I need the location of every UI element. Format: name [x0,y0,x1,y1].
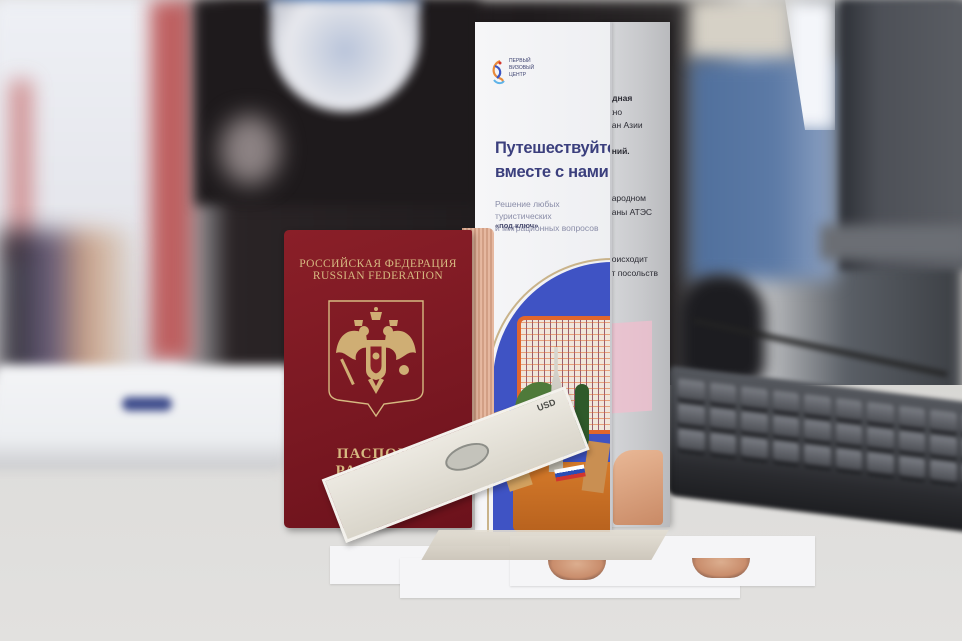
keyboard-key [899,406,926,429]
keyboard-key [899,456,926,479]
keyboard-key [836,448,863,471]
blurred-pen [122,397,172,411]
keyboard-key [741,436,768,459]
keyboard-key [678,404,705,427]
brand-name-line: визовый [509,65,549,72]
headline-line: Путешествуйте [495,136,612,160]
brochure-headline: Путешествуйтевместе с нами [495,136,612,184]
blurred-red-binder [150,0,192,360]
brand-name-line: Первый [509,58,549,65]
passport-country-ru: РОССИЙСКАЯ ФЕДЕРАЦИЯ [284,258,472,270]
back-panel-line: ран Азии [607,119,669,133]
banknote-denomination: USD [536,397,557,413]
photo-scene: однаяжноран Азииений.народномраны АТЭСро… [0,0,962,641]
back-panel-line: одная [607,92,669,106]
keyboard-key [710,407,737,430]
back-panel-line: роисходит [607,253,669,267]
keyboard-key [710,432,737,455]
back-panel-line [607,133,669,145]
blurred-object [220,115,280,185]
back-panel-line: народном [607,192,669,206]
banknote-portrait-oval [441,437,493,476]
keyboard-key [710,382,737,405]
keyboard-key [930,460,957,483]
back-panel-line [607,158,669,192]
blurred-monitor-base [820,225,962,260]
keyboard-key [836,423,863,446]
back-panel-line: от посольств [607,267,669,281]
keyboard-key [678,429,705,452]
brochure-back-text: однаяжноран Азииений.народномраны АТЭСро… [607,92,669,280]
keyboard-key [773,390,800,413]
blurred-wall-beige [690,0,790,60]
keyboard-key [804,394,831,417]
keyboard-key [899,431,926,454]
keyboard-key [741,411,768,434]
brand-logo-icon [491,60,505,86]
back-panel-line: жно [607,106,669,120]
subline-line: Решение любых туристических [495,198,612,222]
keyboard-key [867,452,894,475]
keyboard-key [867,402,894,425]
blurred-notebook [0,365,296,470]
keyboard-key [773,415,800,438]
keyboard-key [930,410,957,433]
passport-country-en: RUSSIAN FEDERATION [284,270,472,282]
back-panel-line: раны АТЭС [607,206,669,220]
brochure-fold-line [610,22,612,532]
keyboard-key [836,398,863,421]
back-panel-line [607,219,669,253]
coat-of-arms-icon [326,298,426,420]
keyboard-key [773,440,800,463]
hand-illustration [613,450,663,525]
brand-name-line: центр [509,72,549,79]
keyboard-key [867,427,894,450]
brand-name: Первыйвизовыйцентр [509,58,549,79]
pink-card [612,321,652,414]
keyboard-key [741,386,768,409]
keyboard-key [678,379,705,402]
headline-line: вместе с нами [495,160,612,184]
banknote-underside [421,530,668,560]
keyboard-key [804,444,831,467]
back-panel-line: ений. [607,145,669,159]
keyboard-key [804,419,831,442]
keyboard-key [930,435,957,458]
brochure-subline-bold: «под ключ» [495,221,538,230]
blurred-clutter [0,230,130,380]
